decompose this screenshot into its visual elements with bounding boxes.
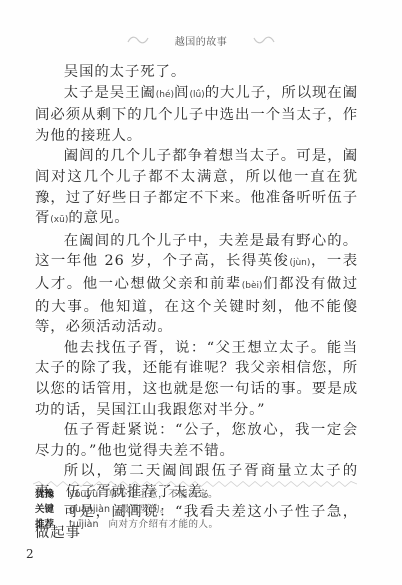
paragraph-4: 在阖闾的几个儿子中，夫差是最有野心的。这一年他 26 岁，个子高，长得英俊(jù… [35,231,358,338]
page-number: 2 [26,547,34,561]
paragraph-text: 闾 [174,85,189,101]
chapter-title: 越国的故事 [175,33,228,48]
glossary-entry: 关键 guānjiàn 最重要的。 [35,502,365,517]
paragraph-5: 他去找伍子胥，说：“父王想立太子。能当太子的除了我，还能有谁呢？我父亲相信您，所… [35,338,358,420]
glossary-pinyin: yóuyù [69,487,98,502]
pinyin-annotation: (xū) [50,215,68,225]
paragraph-1: 吴国的太子死了。 [35,62,358,83]
paragraph-text: 他去找伍子胥，说：“父王想立太子。能当太子的除了我，还能有谁呢？我父亲相信您，所… [35,340,358,418]
glossary-word: 关键 [35,502,69,517]
paragraph-6: 伍子胥赶紧说：“公子，您放心，我一定会尽力的。”他也觉得夫差不错。 [35,420,358,461]
glossary-word: 犹豫 [35,487,69,502]
glossary-pinyin: tuījiàn [69,517,99,532]
glossary-entry: 推荐 tuījiàn 向对方介绍有才能的人。 [35,517,365,532]
vocabulary-glossary: 犹豫 yóuyù 拿不定主意，不能决定。 关键 guānjiàn 最重要的。 推… [35,487,365,532]
glossary-pinyin: guānjiàn [69,502,110,517]
glossary-entry: 犹豫 yóuyù 拿不定主意，不能决定。 [35,487,365,502]
paragraph-2: 太子是吴王阖(hé)闾(lǘ)的大儿子，所以现在阖闾必须从剩下的几个儿子中选出一… [35,83,358,147]
paragraph-text: 吴国的太子死了。 [64,64,186,80]
glossary-definition: 向对方介绍有才能的人。 [109,517,219,532]
pinyin-annotation: (bèi) [242,281,263,291]
paragraph-text: 伍子胥赶紧说：“公子，您放心，我一定会尽力的。”他也觉得夫差不错。 [35,422,358,459]
running-header: 越国的故事 [0,32,402,48]
book-page: 越国的故事 吴国的太子死了。 太子是吴王阖(hé)闾(lǘ)的大儿子，所以现在阖… [0,0,402,585]
glossary-definition: 最重要的。 [120,502,170,517]
paragraph-3: 阖闾的几个儿子都争着想当太子。可是，阖闾对这几个儿子都不太满意，所以他一直在犹豫… [35,146,358,230]
paragraph-text: 太子是吴王阖 [64,85,156,101]
pinyin-annotation: (jùn) [289,258,310,268]
story-body: 吴国的太子死了。 太子是吴王阖(hé)闾(lǘ)的大儿子，所以现在阖闾必须从剩下… [35,62,358,544]
pinyin-annotation: (hé) [156,90,174,100]
paragraph-text: 的意见。 [68,210,129,226]
right-swirl-ornament-icon [253,35,275,45]
left-swirl-ornament-icon [127,35,149,45]
glossary-word: 推荐 [35,517,69,532]
glossary-definition: 拿不定主意，不能决定。 [108,487,218,502]
pinyin-annotation: (lǘ) [189,90,204,100]
